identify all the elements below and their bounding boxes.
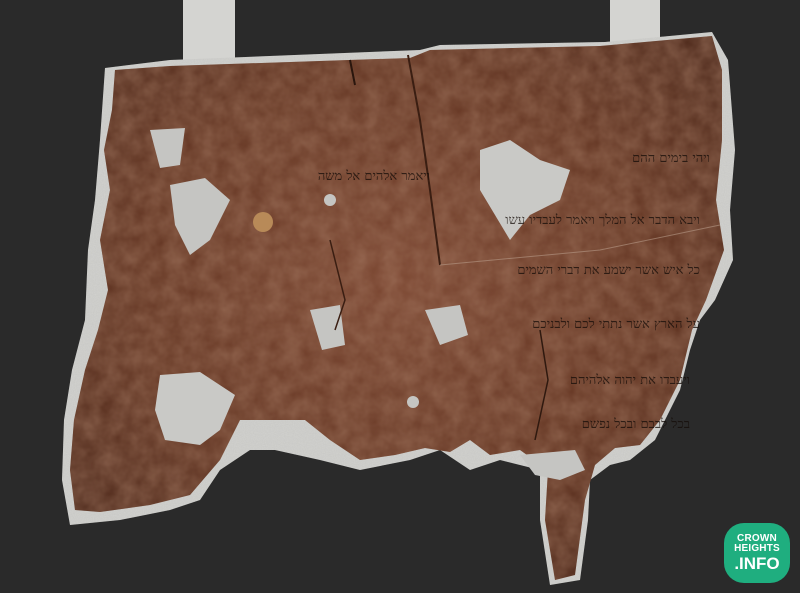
scroll-photo: ויאמר אלהים אל משה ויהי בימים ההם ויבא ה…: [0, 0, 800, 593]
parchment-fragment: [0, 0, 800, 593]
script-line: ויהי בימים ההם: [500, 150, 710, 166]
script-line: ויבא הדבר אל המלך ויאמר לעבדיו עשו: [140, 212, 700, 228]
script-line: על הארץ אשר נתתי לכם ולבניכם: [140, 316, 700, 332]
script-line: ויעבדו את יהוה אלהיהם: [270, 372, 690, 388]
script-line: ויאמר אלהים אל משה: [130, 168, 430, 184]
script-line: בכל לבבם ובכל נפשם: [330, 416, 690, 432]
crownheights-watermark-logo: CROWN HEIGHTS .INFO: [724, 523, 790, 583]
script-line: כל איש אשר ישמע את דברי השמים: [140, 262, 700, 278]
logo-line-3: .INFO: [734, 555, 779, 572]
logo-line-2: HEIGHTS: [734, 544, 780, 554]
